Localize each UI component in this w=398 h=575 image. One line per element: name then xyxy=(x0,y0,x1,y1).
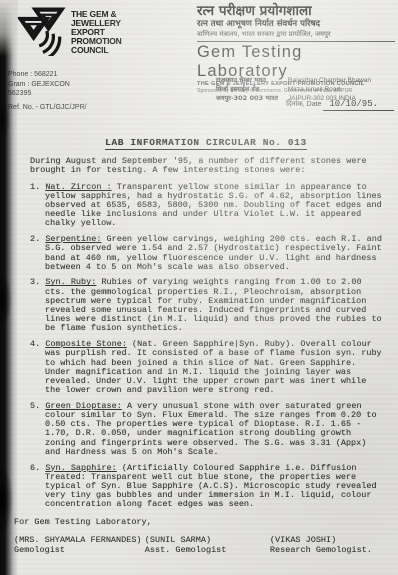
list-item-serpentine: 2. Serpentine: Green yellow carvings, we… xyxy=(30,235,382,272)
list-item-nat-zircon: 1. Nat. Zircon : Transparent yellow ston… xyxy=(30,183,382,229)
signatory-name: (SUNIL SARMA) xyxy=(145,535,270,545)
logo-wordmark: THE GEM & JEWELLERY EXPORT PROMOTION COU… xyxy=(71,6,122,55)
scan-edge-artifact xyxy=(0,0,18,575)
signatory-3: (VIKAS JOSHI) Research Gemologist. xyxy=(270,535,382,555)
address-line: जयपुर-302 003 भारत xyxy=(216,94,278,103)
item-number: 1. xyxy=(30,182,40,192)
item-text: Rubies of varying weights ranging from 1… xyxy=(45,277,382,333)
address-line: राजस्थान चैम्बर भवन xyxy=(216,76,278,85)
item-number: 6. xyxy=(30,463,40,473)
hindi-sponsor-line: वाणिज्य मंत्रालय, भारत सरकार द्वारा प्रा… xyxy=(197,30,395,39)
gjepc-logo-icon xyxy=(16,6,68,56)
list-item-syn-sapphire: 6. Syn. Sapphire: (Artificially Coloured… xyxy=(30,464,382,510)
list-item-syn-ruby: 3. Syn. Ruby: Rubies of varying weights … xyxy=(30,278,382,333)
signatory-title: Research Gemologist. xyxy=(270,545,382,555)
signatory-1: (MRS. SHYAMALA FERNANDES) Gemologist xyxy=(14,535,145,555)
signatory-name: (MRS. SHYAMALA FERNANDES) xyxy=(14,535,145,545)
ref-number: Ref. No. - GTL/GJC/JPR/ xyxy=(8,104,87,111)
letterhead: THE GEM & JEWELLERY EXPORT PROMOTION COU… xyxy=(0,0,398,130)
list-item-green-dioptase: 5. Green Dioptase: A very unusual stone … xyxy=(30,402,382,457)
item-text: (Nat. Green Sapphire|Syn. Ruby). Overall… xyxy=(45,339,382,395)
address-line: Mirza Ismail Road xyxy=(288,85,371,94)
hindi-lab-title: रत्न परीक्षण प्रयोगशाला xyxy=(197,3,395,19)
address-line: Rajasthan Chamber Bhawan xyxy=(288,76,371,85)
hindi-council-name: रत्न तथा आभूषण निर्यात संवर्धन परिषद xyxy=(197,19,395,30)
signatory-title: Asst. Gemologist xyxy=(145,545,270,555)
item-text: A very unusual stone with over saturated… xyxy=(45,401,377,457)
list-item-composite-stone: 4. Composite Stone: (Nat. Green Sapphire… xyxy=(30,340,382,395)
signature-row: (MRS. SHYAMALA FERNANDES) Gemologist (SU… xyxy=(14,535,382,555)
date-value: 10/10/95. xyxy=(323,99,394,111)
letter-body: LAB INFORMATION CIRCULAR No. 013 During … xyxy=(0,130,390,555)
item-number: 4. xyxy=(30,339,40,349)
item-number: 2. xyxy=(30,234,40,244)
signatory-2: (SUNIL SARMA) Asst. Gemologist xyxy=(145,535,270,555)
address-line: मिर्जा इस्माईल रोड xyxy=(216,85,278,94)
logo-line: COUNCIL xyxy=(71,46,122,55)
address-hindi: राजस्थान चैम्बर भवन मिर्जा इस्माईल रोड ज… xyxy=(216,76,278,103)
date-label: दिनांक, Date xyxy=(286,101,321,108)
signatory-name: (VIKAS JOSHI) xyxy=(270,535,382,545)
divider xyxy=(197,41,395,42)
item-number: 5. xyxy=(30,401,40,411)
date-block: दिनांक, Date 10/10/95. xyxy=(286,99,394,111)
logo: THE GEM & JEWELLERY EXPORT PROMOTION COU… xyxy=(16,6,122,56)
item-number: 3. xyxy=(30,277,40,287)
closing-line: For Gem Testing Laboratory, xyxy=(14,518,382,527)
circular-title: LAB INFORMATION CIRCULAR No. 013 xyxy=(30,138,382,147)
intro-paragraph: During August and September '95, a numbe… xyxy=(30,157,382,175)
scanned-document-page: THE GEM & JEWELLERY EXPORT PROMOTION COU… xyxy=(0,0,398,575)
signatory-title: Gemologist xyxy=(14,545,145,555)
